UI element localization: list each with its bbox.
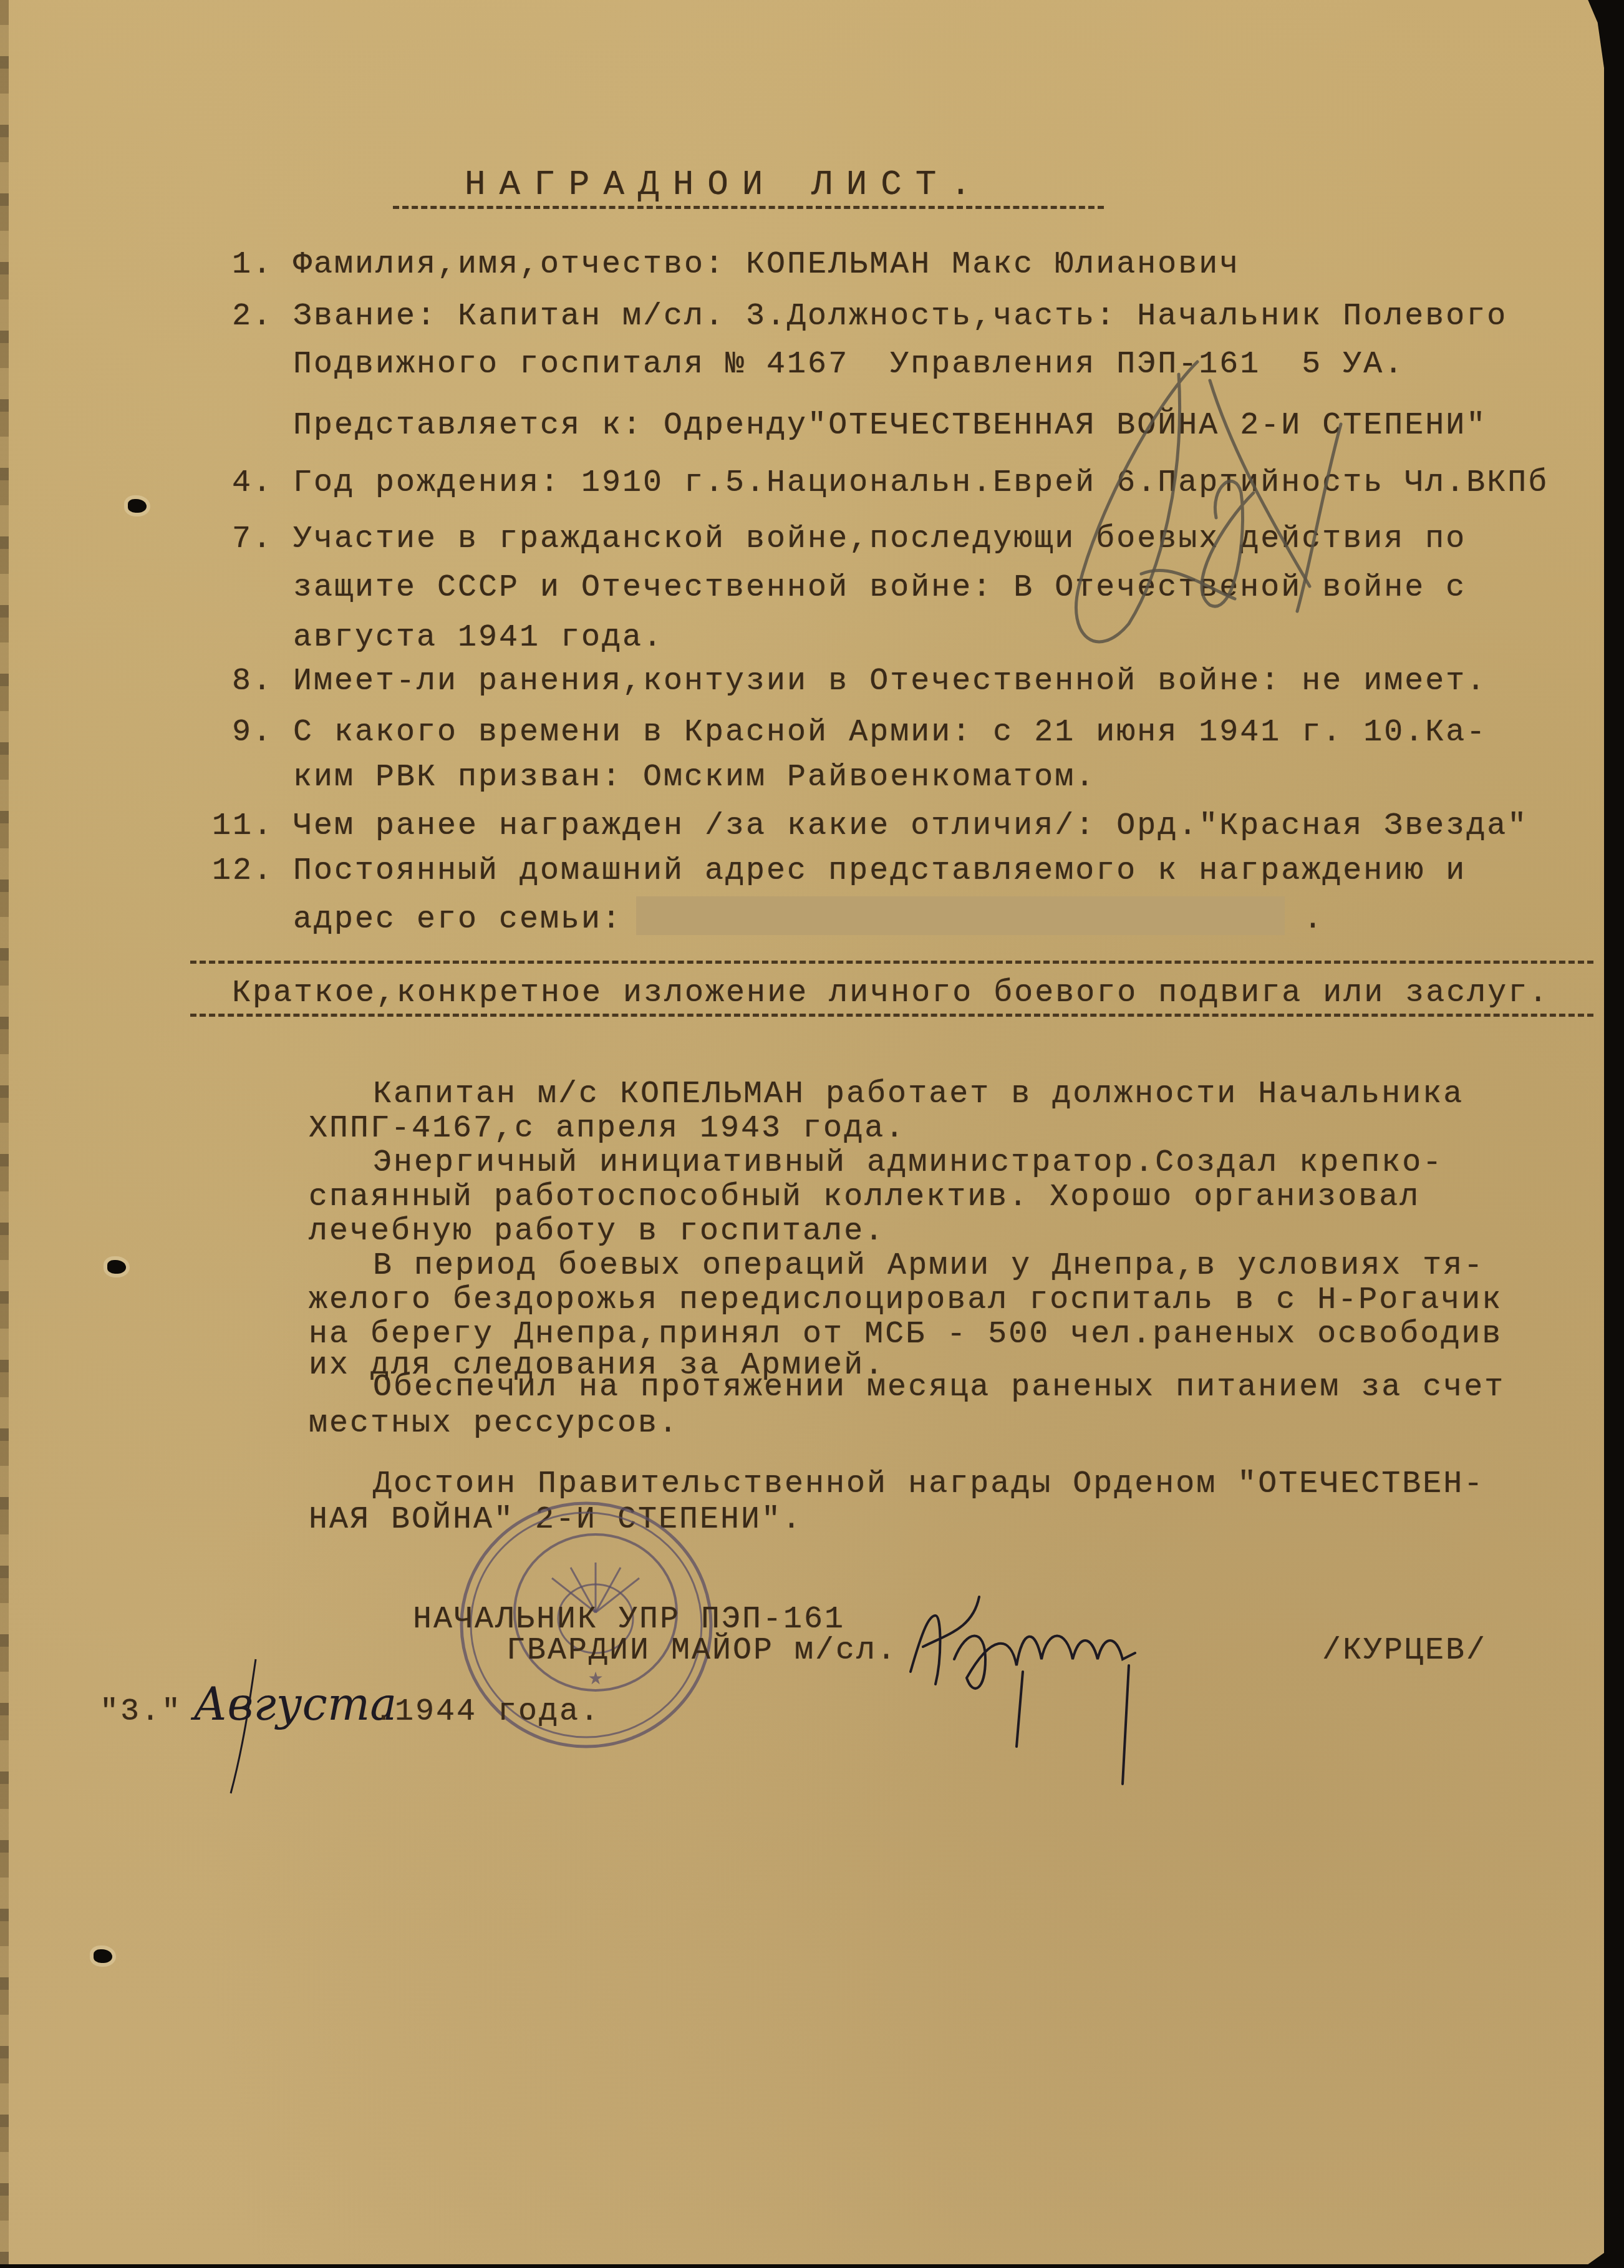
narrative-line: В период боевых операций Армии у Днепра,…	[373, 1251, 1484, 1282]
field-family-address-label: адрес его семьи:	[293, 904, 622, 936]
field-war-participation-cont: августа 1941 года.	[293, 623, 664, 654]
field-home-address: Постоянный домашний адрес представляемог…	[293, 856, 1466, 887]
field-num: 12.	[212, 856, 274, 887]
field-rank-position-cont: Подвижного госпиталя № 4167 Управления П…	[293, 349, 1404, 380]
section-divider	[190, 961, 1593, 964]
narrative-line: лечебную работу в госпитале.	[309, 1216, 885, 1248]
field-num: 2.	[232, 301, 273, 332]
field-previous-awards: Чем ранее награжден /за какие отличия/: …	[293, 811, 1528, 842]
date-day: "3."	[100, 1697, 182, 1728]
field-conscription-office: ким РВК призван: Омским Райвоенкоматом.	[293, 762, 1096, 793]
section-heading: Краткое,конкретное изложение личного бое…	[232, 978, 1549, 1009]
narrative-line: желого бездорожья передислоцировал госпи…	[309, 1285, 1502, 1316]
punch-hole	[128, 499, 147, 513]
field-num: 8.	[232, 666, 273, 697]
document-title: НАГРАДНОИ ЛИСТ.	[465, 167, 985, 202]
field-num: 4.	[232, 468, 273, 499]
field-num: 11.	[212, 811, 274, 842]
field-num: 7.	[232, 524, 273, 555]
field-birth-nationality-party: Год рождения: 1910 г.5.Национальн.Еврей …	[293, 468, 1549, 499]
redacted-address	[636, 896, 1285, 935]
field-num: 1.	[232, 250, 273, 281]
date-year: .1944 года.	[374, 1697, 601, 1728]
narrative-line: Энергичный инициативный администратор.Со…	[373, 1148, 1443, 1179]
punch-hole	[107, 1260, 126, 1274]
field-full-name: Фамилия,имя,отчество: КОПЕЛЬМАН Макс Юли…	[293, 250, 1240, 281]
punch-hole	[94, 1949, 112, 1963]
signatory-rank: ГВАРДИИ МАЙОР м/сл.	[506, 1636, 897, 1667]
field-war-participation: Участие в гражданской войне,последующи б…	[293, 524, 1466, 555]
signatory-title: НАЧАЛЬНИК УПР ПЭП-161	[413, 1604, 845, 1636]
narrative-line: Обеспечил на протяжении месяца раненых п…	[373, 1372, 1505, 1403]
section-divider	[190, 1014, 1593, 1017]
narrative-line: НАЯ ВОЙНА" 2-И СТЕПЕНИ".	[309, 1505, 803, 1536]
narrative-line: на берегу Днепра,принял от МСБ - 500 чел…	[309, 1319, 1502, 1350]
title-underline	[393, 206, 1104, 209]
binding-edge	[0, 0, 9, 2264]
narrative-line: Достоин Правительственной награды Ордено…	[373, 1469, 1484, 1500]
narrative-line: спаянный работоспособный коллектив. Хоро…	[309, 1182, 1420, 1213]
signatory-name: /КУРЦЕВ/	[1322, 1636, 1487, 1667]
narrative-line: ХППГ-4167,с апреля 1943 года.	[309, 1113, 906, 1145]
date-month-handwritten: Августа	[193, 1678, 397, 1730]
field-rank-position: Звание: Капитан м/сл. 3.Должность,часть:…	[293, 301, 1507, 332]
field-wounds: Имеет-ли ранения,контузии в Отечественно…	[293, 666, 1487, 697]
address-period: .	[1303, 904, 1324, 936]
narrative-line: Капитан м/с КОПЕЛЬМАН работает в должнос…	[373, 1079, 1464, 1110]
field-nominated-for: Представляется к: Одренду"ОТЕЧЕСТВЕННАЯ …	[293, 410, 1487, 442]
field-num: 9.	[232, 717, 273, 749]
field-service-since: С какого времени в Красной Армии: с 21 и…	[293, 717, 1487, 749]
field-war-participation-cont: защите СССР и Отечественной войне: В Оте…	[293, 573, 1466, 604]
narrative-line: местных рессурсов.	[309, 1408, 679, 1440]
